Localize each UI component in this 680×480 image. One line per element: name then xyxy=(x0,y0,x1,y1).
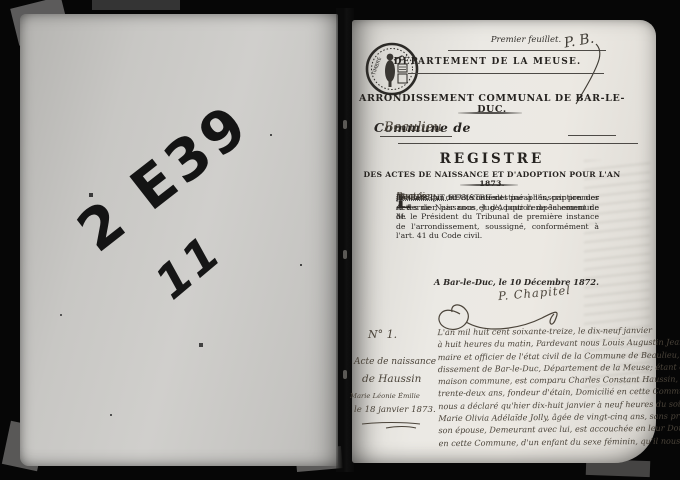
horizontal-rule xyxy=(568,135,616,136)
archive-cote-handwritten: 2 E39 xyxy=(66,91,262,265)
margin-date-underline xyxy=(360,420,424,430)
departement-heading: DÉPARTEMENT DE LA MEUSE. xyxy=(380,57,595,67)
attestation-text-3: feuillets qui ont été cotés et paraphés,… xyxy=(396,193,599,241)
commune-name-handwritten: Beaulieu xyxy=(380,120,452,137)
tape-fragment xyxy=(92,0,180,10)
horizontal-rule xyxy=(408,73,604,74)
dateline: A Bar-le-Duc, le 10 Décembre 1872. xyxy=(434,277,599,287)
act-margin-title: Acte de naissance xyxy=(354,357,436,367)
ornamental-divider xyxy=(460,184,518,186)
act-margin-surname: de Haussin xyxy=(362,373,421,385)
binding-stitch xyxy=(343,120,347,129)
ornamental-divider xyxy=(458,112,522,114)
act-body-handwritten: L'an mil huit cent soixante-treize, le d… xyxy=(437,324,654,449)
binding-stitch xyxy=(343,250,347,259)
act-margin-firstnames: Marie Léonie Émilie xyxy=(350,392,420,400)
paper-specks xyxy=(20,14,22,16)
left-flyleaf-page: 2 E39 11 xyxy=(20,14,338,466)
act-number: N° 1. xyxy=(368,328,397,341)
register-title-page: TIMBRE Premier feuillet. P. B. DÉPARTEME… xyxy=(352,20,656,463)
horizontal-rule xyxy=(398,143,638,144)
binding-stitch xyxy=(343,370,347,379)
scanned-register-page: 2 E39 11 TIMBRE Premier xyxy=(0,0,680,480)
register-title: REGISTRE xyxy=(377,151,607,167)
act-line: en cette Commune, d'un enfant du sexe fé… xyxy=(439,435,655,450)
act-margin-date: le 18 janvier 1873. xyxy=(354,405,436,415)
archive-item-number-handwritten: 11 xyxy=(145,225,232,310)
revenue-stamp-icon: TIMBRE xyxy=(364,40,420,98)
